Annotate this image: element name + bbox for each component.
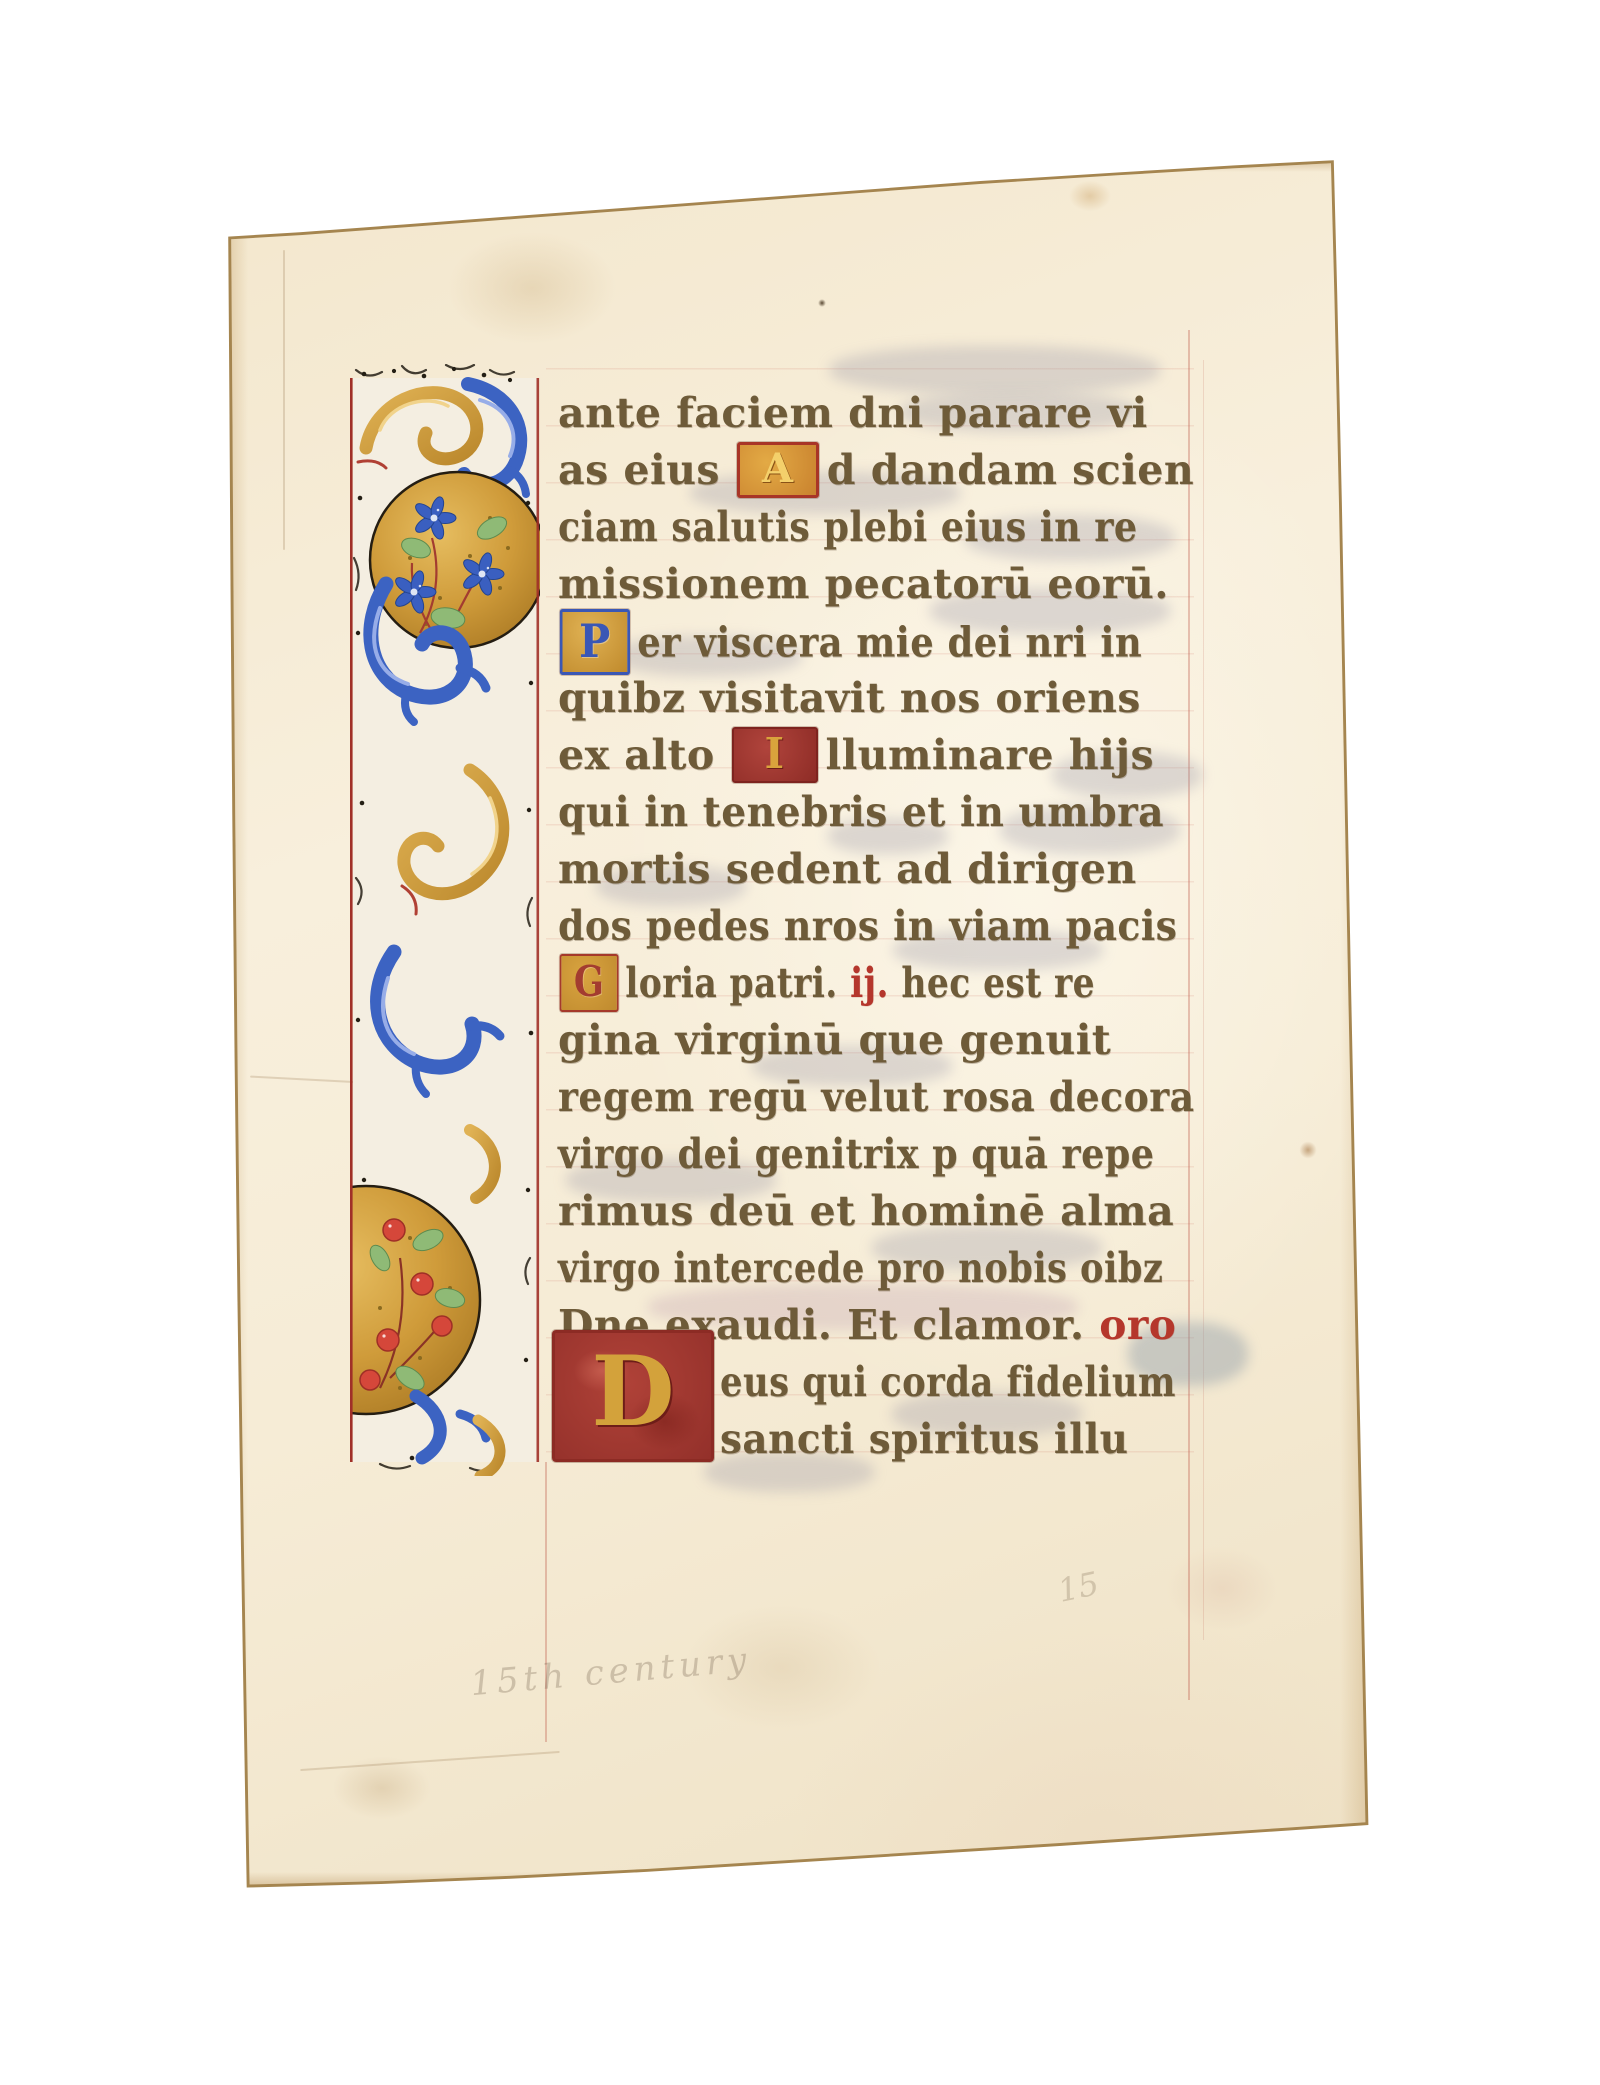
script-text: gina virginū que genuit — [558, 1016, 1111, 1064]
manuscript-line: ex alto Illuminare hijs — [558, 727, 1154, 784]
manuscript-line: ante faciem dni parare vi — [558, 385, 1148, 442]
script-text: dos pedes nros in viam pacis — [558, 902, 1177, 950]
manuscript-line: virgo intercede pro nobis oibz — [558, 1240, 1163, 1297]
script-text: hec est re — [889, 959, 1095, 1007]
illuminated-initial-p: P — [560, 609, 630, 675]
manuscript-line: Per viscera mie dei nri in — [558, 613, 1142, 670]
manuscript-line: virgo dei genitrix p quā repe — [558, 1126, 1154, 1183]
script-text: as eius — [558, 446, 735, 494]
script-text: quibz visitavit nos oriens — [558, 674, 1141, 722]
manuscript-line: missionem pecatorū eorū. — [558, 556, 1169, 613]
script-text: d dandam scien — [827, 446, 1194, 494]
rubric-text: ij. — [850, 959, 889, 1007]
rubric-text: oro — [1099, 1301, 1176, 1349]
manuscript-line: dos pedes nros in viam pacis — [558, 898, 1177, 955]
illuminated-initial-a: A — [737, 442, 819, 498]
script-text: ciam salutis plebi eius in re — [558, 503, 1138, 551]
script-text: ante faciem dni parare vi — [558, 389, 1148, 437]
script-text: virgo dei genitrix p quā repe — [558, 1130, 1154, 1178]
illuminated-initial-i: I — [732, 727, 818, 783]
script-text: qui in tenebris et in umbra — [558, 788, 1164, 836]
manuscript-line: qui in tenebris et in umbra — [558, 784, 1164, 841]
manuscript-line: sancti spiritus illu — [720, 1411, 1128, 1468]
photograph-background: ante faciem dni parare vias eius Ad dand… — [0, 0, 1600, 2085]
script-text: er viscera mie dei nri in — [637, 619, 1142, 667]
manuscript-line: as eius Ad dandam scien — [558, 442, 1194, 499]
script-text: mortis sedent ad dirigen — [558, 845, 1137, 893]
manuscript-line: rimus deū et hominē alma — [558, 1183, 1174, 1240]
script-text: regem regū velut rosa decora — [558, 1073, 1195, 1121]
script-text: rimus deū et hominē alma — [558, 1187, 1174, 1235]
illuminated-initial-g: G — [560, 954, 619, 1012]
text-block: ante faciem dni parare vias eius Ad dand… — [0, 0, 1600, 2085]
script-text: sancti spiritus illu — [720, 1415, 1128, 1463]
manuscript-line: mortis sedent ad dirigen — [558, 841, 1137, 898]
manuscript-line: eus qui corda fidelium — [720, 1354, 1176, 1411]
script-text: lluminare hijs — [826, 731, 1155, 779]
initial-letter: D — [591, 1335, 674, 1448]
manuscript-line: ciam salutis plebi eius in re — [558, 499, 1138, 556]
script-text: eus qui corda fidelium — [720, 1358, 1176, 1406]
script-text: virgo intercede pro nobis oibz — [558, 1244, 1163, 1292]
script-text: missionem pecatorū eorū. — [558, 560, 1169, 608]
manuscript-line: gina virginū que genuit — [558, 1012, 1111, 1069]
script-text: loria patri. — [625, 959, 850, 1007]
manuscript-line: quibz visitavit nos oriens — [558, 670, 1141, 727]
script-text: ex alto — [558, 731, 730, 779]
manuscript-line: Gloria patri. ij. hec est re — [558, 955, 1095, 1012]
illuminated-initial-d: D — [552, 1330, 714, 1462]
manuscript-line: regem regū velut rosa decora — [558, 1069, 1195, 1126]
